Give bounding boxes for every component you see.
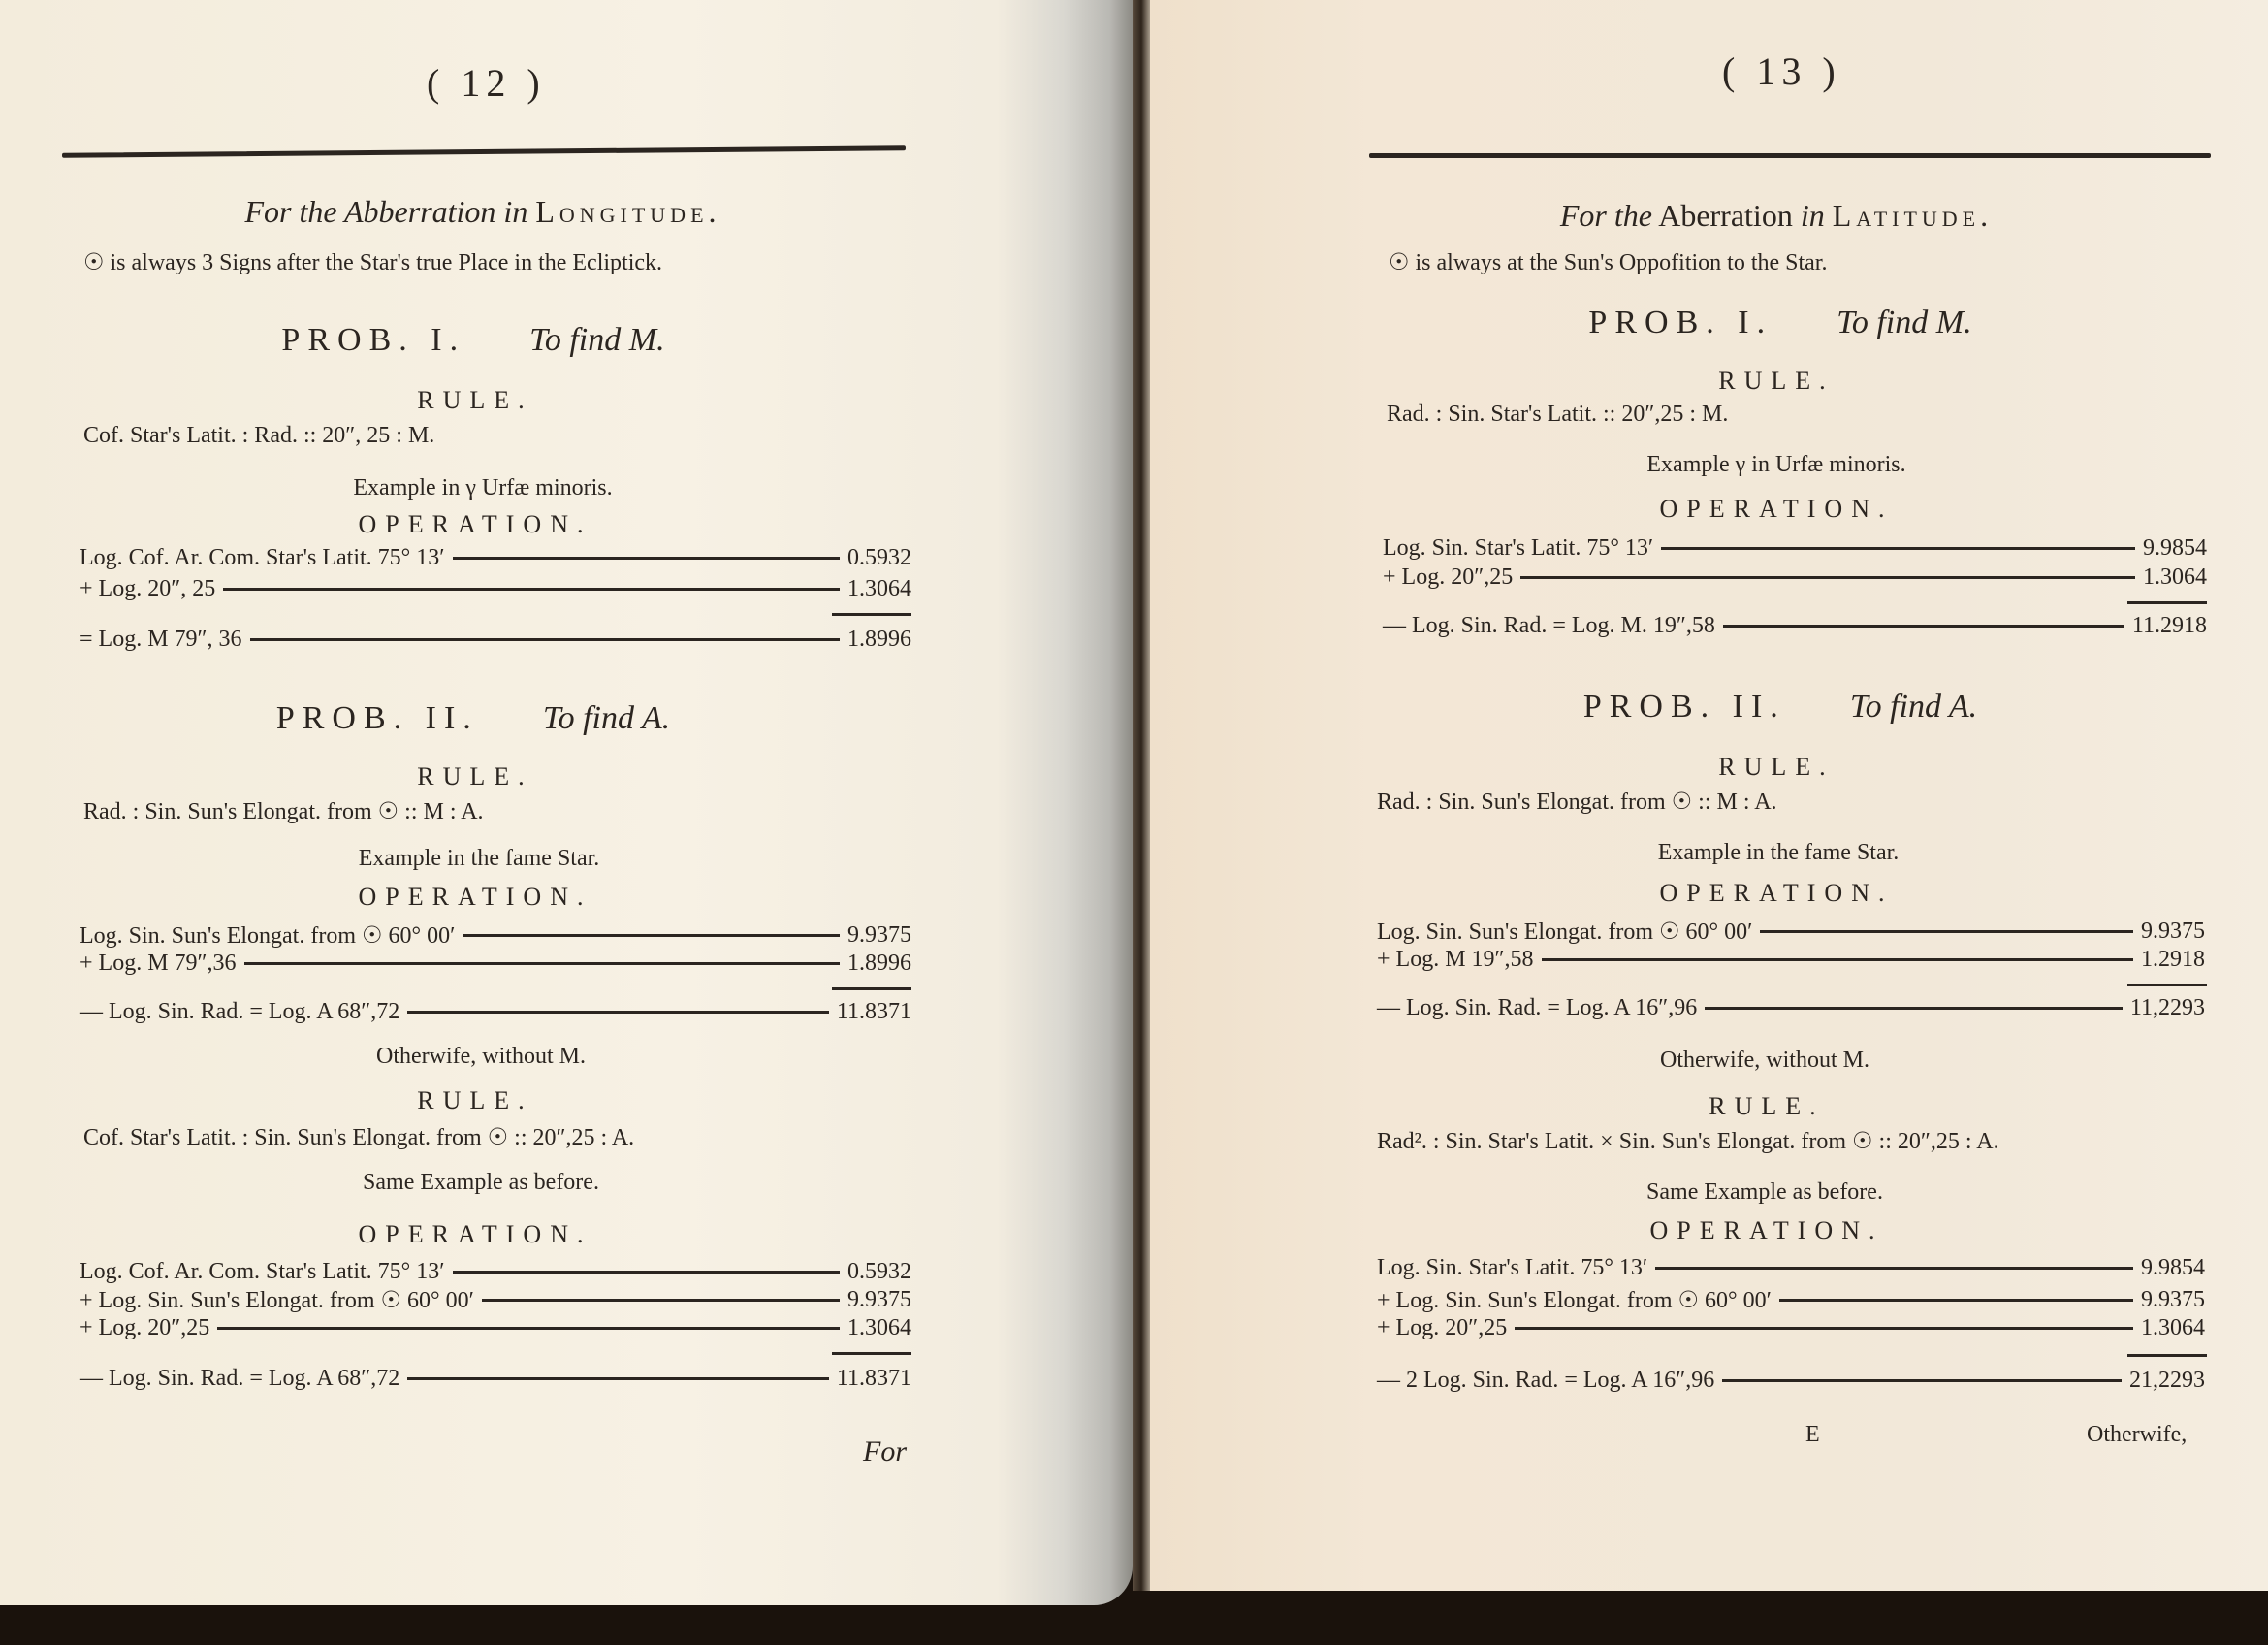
operation-row: + Log. Sin. Sun's Elongat. from ☉ 60° 00… bbox=[1377, 1286, 2205, 1314]
prob2-operation-label: OPERATION. bbox=[1660, 879, 1894, 908]
prob2-example: Example in the fame Star. bbox=[359, 846, 600, 872]
left-page: ( 12 ) For the Abberration in Longitude.… bbox=[0, 0, 1133, 1605]
sum-rule bbox=[832, 987, 911, 990]
otherwise-operation-label: OPERATION. bbox=[359, 1220, 592, 1249]
page-number: ( 13 ) bbox=[1722, 48, 1841, 94]
prob1-example: Example in γ Urfæ minoris. bbox=[353, 475, 612, 501]
operation-result: — Log. Sin. Rad. = Log. A 16″,9611,2293 bbox=[1377, 995, 2205, 1021]
prob1-example: Example γ in Urfæ minoris. bbox=[1646, 452, 1905, 478]
page-number: ( 12 ) bbox=[427, 60, 546, 106]
right-page: ( 13 ) For the Aberration in Latitude. ☉… bbox=[1150, 0, 2268, 1591]
sum-rule bbox=[832, 613, 911, 616]
prob1-rule: Cof. Star's Latit. : Rad. :: 20″, 25 : M… bbox=[83, 423, 434, 449]
otherwise-rule: Cof. Star's Latit. : Sin. Sun's Elongat.… bbox=[83, 1123, 634, 1151]
operation-row: + Log. 20″,251.3064 bbox=[1383, 564, 2207, 591]
operation-row: + Log. 20″,251.3064 bbox=[1377, 1315, 2205, 1341]
prob1-heading: PROB. I. To find M. bbox=[281, 322, 664, 359]
operation-row: Log. Cof. Ar. Com. Star's Latit. 75° 13′… bbox=[80, 1259, 911, 1285]
otherwise-example: Same Example as before. bbox=[1646, 1179, 1883, 1206]
operation-result: — Log. Sin. Rad. = Log. M. 19″,5811.2918 bbox=[1383, 613, 2207, 639]
prob1-heading: PROB. I. To find M. bbox=[1588, 305, 1971, 341]
otherwise-example: Same Example as before. bbox=[363, 1170, 599, 1196]
otherwise-heading: Otherwife, without M. bbox=[376, 1044, 586, 1070]
prob2-heading: PROB. II. To find A. bbox=[276, 700, 670, 737]
prob2-operation-label: OPERATION. bbox=[359, 883, 592, 912]
operation-result: — 2 Log. Sin. Rad. = Log. A 16″,9621,229… bbox=[1377, 1368, 2205, 1394]
section-title: For the Abberration in Longitude. bbox=[244, 194, 720, 230]
otherwise-rule-label: RULE. bbox=[417, 1086, 532, 1115]
operation-result: — Log. Sin. Rad. = Log. A 68″,7211.8371 bbox=[80, 1366, 911, 1392]
prob1-rule: Rad. : Sin. Star's Latit. :: 20″,25 : M. bbox=[1387, 402, 1728, 428]
operation-result: — Log. Sin. Rad. = Log. A 68″,7211.8371 bbox=[80, 999, 911, 1025]
operation-row: + Log. 20″,251.3064 bbox=[80, 1315, 911, 1341]
sum-rule bbox=[2127, 984, 2207, 986]
book-gutter bbox=[1133, 0, 1150, 1591]
prob2-rule: Rad. : Sin. Sun's Elongat. from ☉ :: M :… bbox=[1377, 788, 1777, 816]
otherwise-operation-label: OPERATION. bbox=[1650, 1216, 1884, 1245]
prob2-rule: Rad. : Sin. Sun's Elongat. from ☉ :: M :… bbox=[83, 797, 484, 825]
operation-row: Log. Sin. Star's Latit. 75° 13′9.9854 bbox=[1383, 535, 2207, 562]
catchword: Otherwife, bbox=[2087, 1422, 2187, 1448]
header-rule bbox=[62, 145, 906, 158]
sum-rule bbox=[2127, 601, 2207, 604]
sum-rule bbox=[832, 1352, 911, 1355]
otherwise-rule: Rad². : Sin. Star's Latit. × Sin. Sun's … bbox=[1377, 1127, 1999, 1155]
prob2-rule-label: RULE. bbox=[417, 762, 532, 791]
otherwise-rule-label: RULE. bbox=[1709, 1092, 1824, 1121]
section-subtitle: ☉ is always at the Sun's Oppofition to t… bbox=[1389, 248, 1827, 276]
operation-result: = Log. M 79″, 361.8996 bbox=[80, 627, 911, 653]
prob1-operation-label: OPERATION. bbox=[1660, 495, 1894, 524]
operation-row: + Log. M 79″,361.8996 bbox=[80, 951, 911, 977]
sum-rule bbox=[2127, 1354, 2207, 1357]
prob1-rule-label: RULE. bbox=[417, 386, 532, 415]
operation-row: + Log. M 19″,581.2918 bbox=[1377, 947, 2205, 973]
prob2-heading: PROB. II. To find A. bbox=[1583, 689, 1977, 726]
signature-mark: E bbox=[1805, 1422, 1820, 1448]
prob2-example: Example in the fame Star. bbox=[1658, 840, 1900, 866]
prob1-operation-label: OPERATION. bbox=[359, 510, 592, 539]
section-title: For the Aberration in Latitude. bbox=[1560, 198, 1993, 234]
otherwise-heading: Otherwife, without M. bbox=[1660, 1048, 1869, 1074]
operation-row: Log. Sin. Star's Latit. 75° 13′9.9854 bbox=[1377, 1255, 2205, 1281]
operation-row: + Log. Sin. Sun's Elongat. from ☉ 60° 00… bbox=[80, 1286, 911, 1314]
book-spread: ( 12 ) For the Abberration in Longitude.… bbox=[0, 0, 2268, 1645]
section-subtitle: ☉ is always 3 Signs after the Star's tru… bbox=[83, 248, 662, 276]
operation-row: Log. Cof. Ar. Com. Star's Latit. 75° 13′… bbox=[80, 545, 911, 571]
prob2-rule-label: RULE. bbox=[1718, 753, 1834, 782]
prob1-rule-label: RULE. bbox=[1718, 367, 1834, 396]
operation-row: Log. Sin. Sun's Elongat. from ☉ 60° 00′9… bbox=[80, 921, 911, 950]
operation-row: + Log. 20″, 251.3064 bbox=[80, 576, 911, 602]
operation-row: Log. Sin. Sun's Elongat. from ☉ 60° 00′9… bbox=[1377, 918, 2205, 946]
catchword: For bbox=[863, 1435, 907, 1468]
header-rule bbox=[1369, 153, 2211, 158]
